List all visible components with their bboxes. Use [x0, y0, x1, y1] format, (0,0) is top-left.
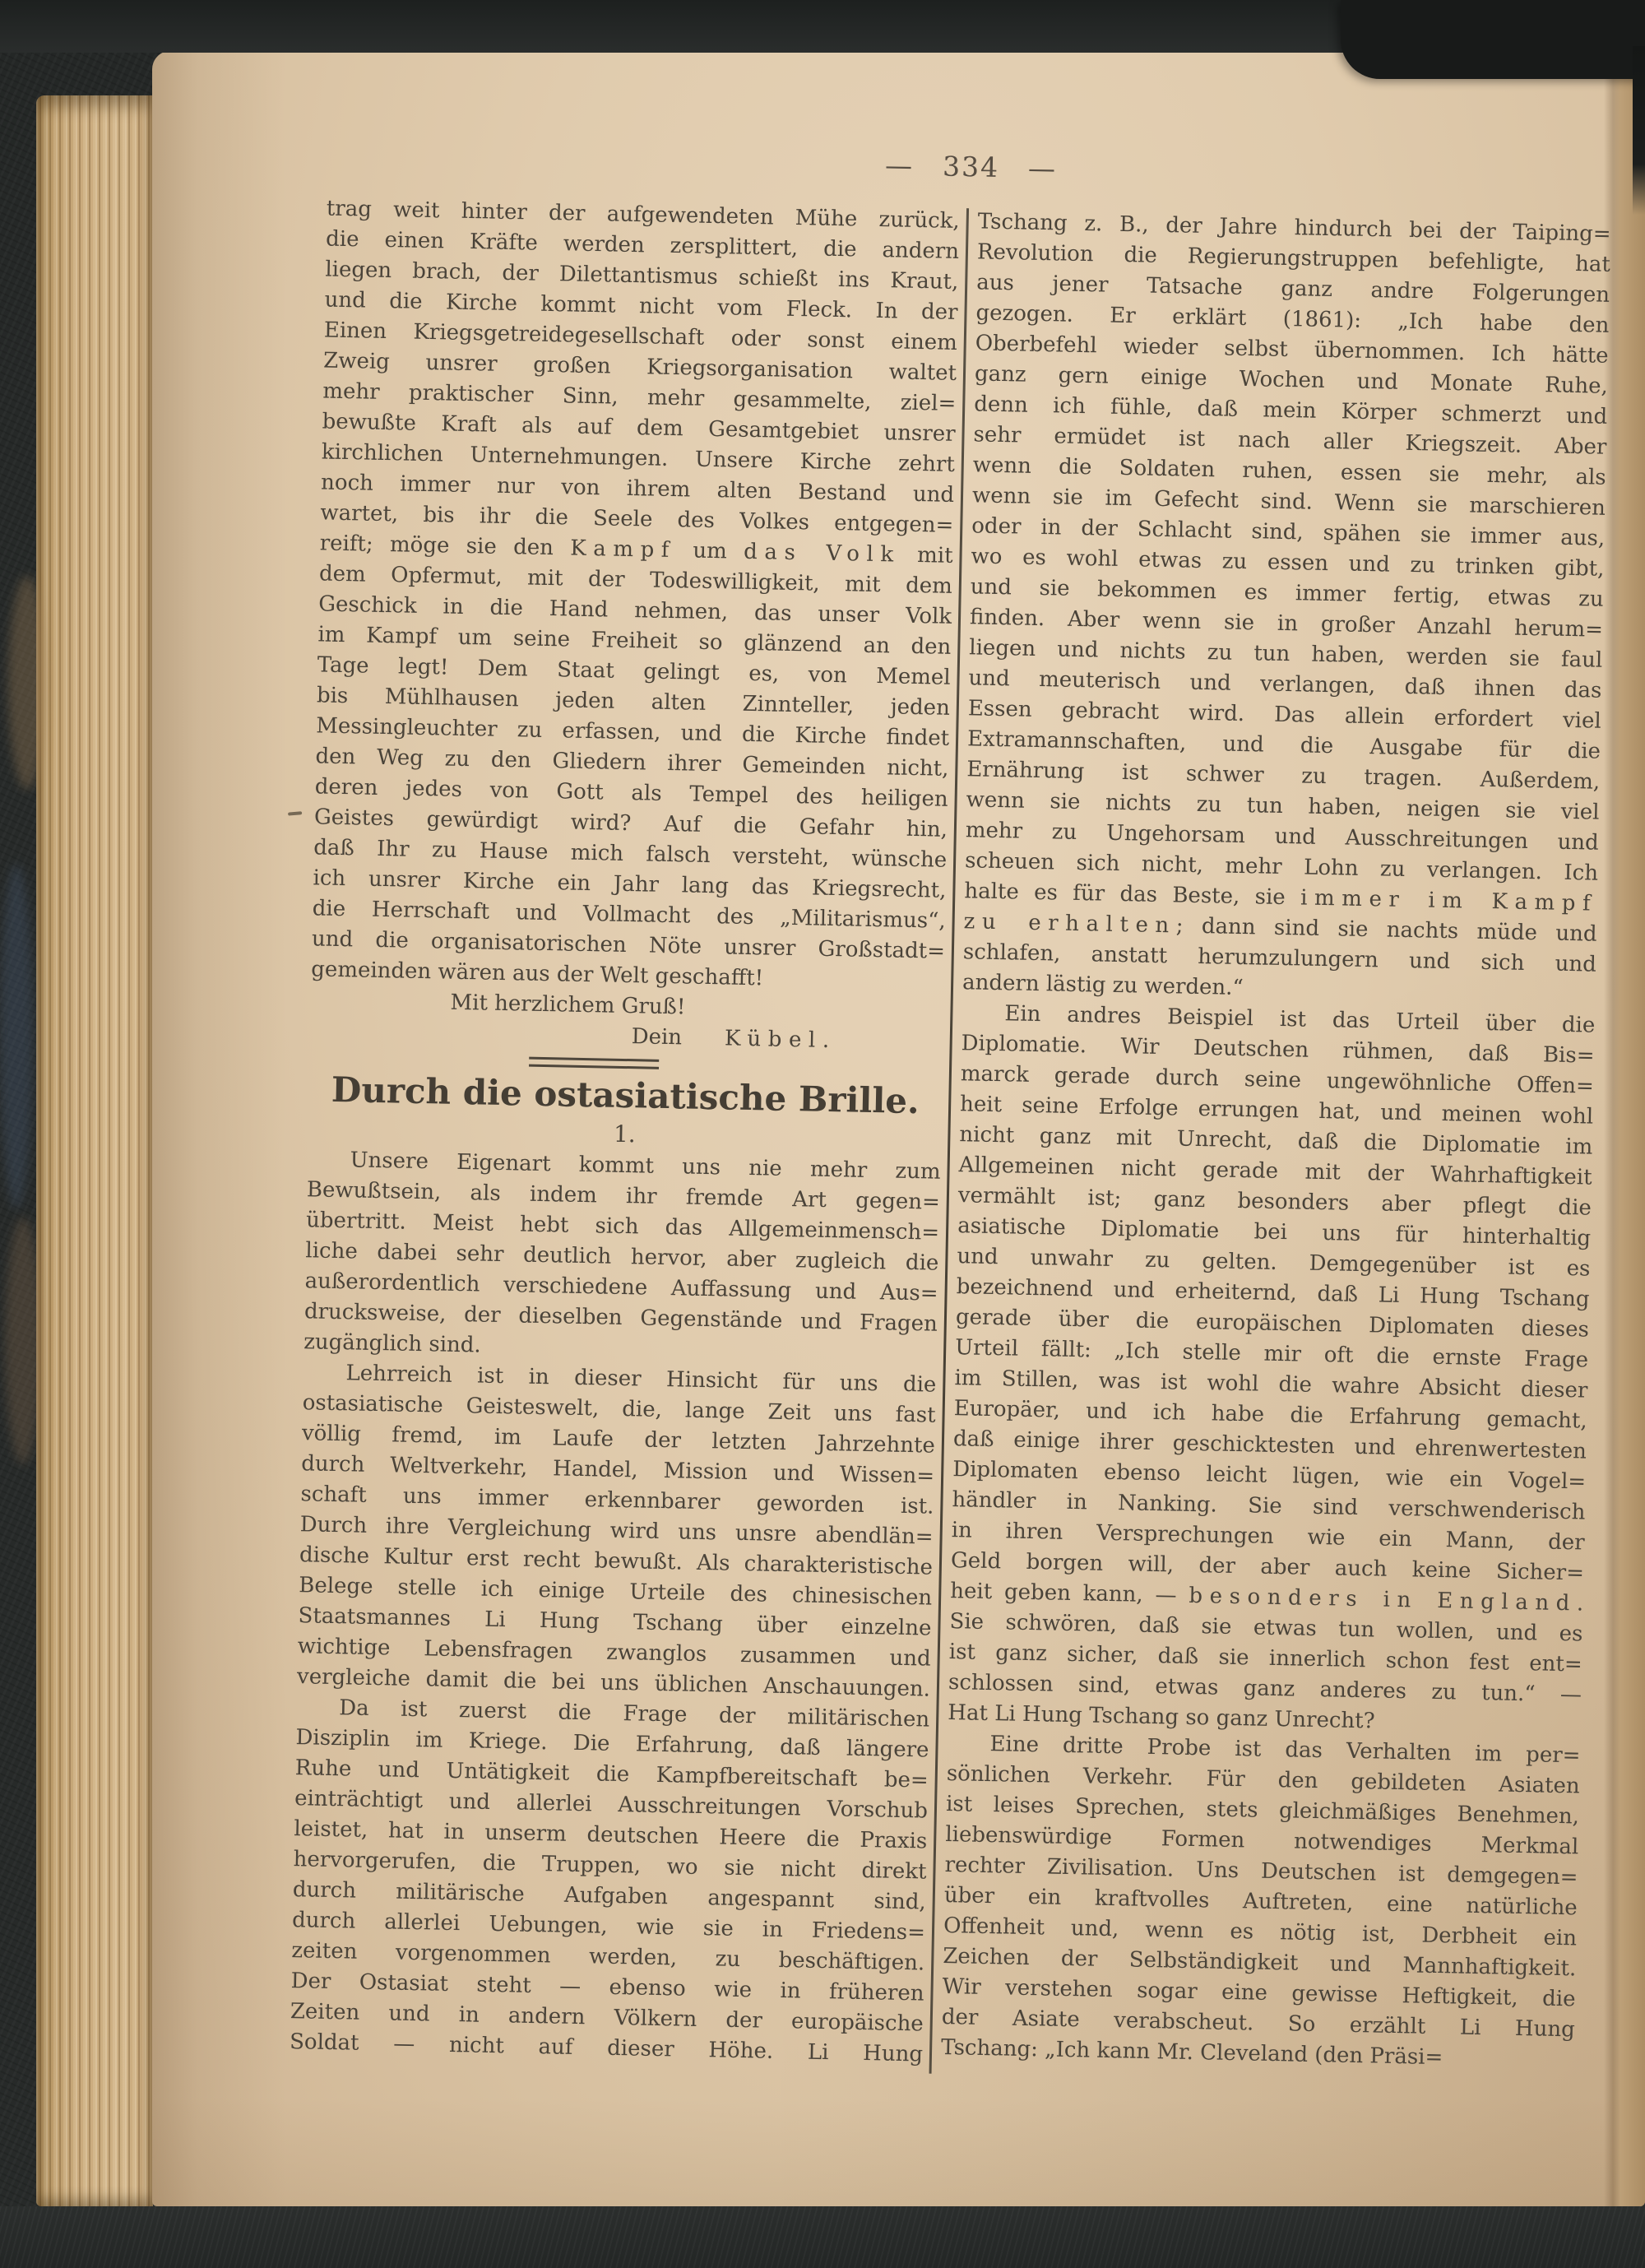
letterspaced-emphasis: das Volk	[744, 540, 901, 568]
cover-marble-fleck	[0, 864, 33, 1209]
cover-right-edge	[1633, 46, 1645, 215]
text-columns: trag weit hinter der aufgewendeten Mühe …	[290, 194, 1614, 2087]
article-text-block: Tschang z. B., der Jahre hindurch bei de…	[941, 206, 1611, 2076]
article-text-block: Unsere Eigenart kommt uns nie mehr zumBe…	[290, 1144, 941, 2070]
cover-top-right-corner	[1341, 0, 1645, 79]
letterspaced-emphasis: Kampf	[570, 536, 676, 564]
page-content: — 334 — trag weit hinter der aufgewendet…	[290, 138, 1615, 2087]
cover-marble-fleck	[5, 1217, 41, 1464]
letterspaced-emphasis: immer im Kampf	[1300, 885, 1598, 916]
letterspaced-emphasis: Kübel.	[725, 1026, 836, 1053]
book-photo: { "page_header": { "text": "—\u2003334\u…	[0, 0, 1645, 2268]
letterspaced-emphasis: besonders in England	[1189, 1584, 1577, 1616]
cover-marble-fleck	[8, 576, 46, 790]
letter-text-block: trag weit hinter der aufgewendeten Mühe …	[309, 194, 960, 1059]
cover-bottom-strip	[0, 2206, 1645, 2268]
left-column: trag weit hinter der aufgewendeten Mühe …	[290, 194, 960, 2074]
book-page-edges	[36, 95, 153, 2206]
right-column: Tschang z. B., der Jahre hindurch bei de…	[941, 206, 1611, 2086]
section-divider-rule	[529, 1057, 659, 1069]
letterspaced-emphasis: zu erhalten	[963, 909, 1176, 938]
